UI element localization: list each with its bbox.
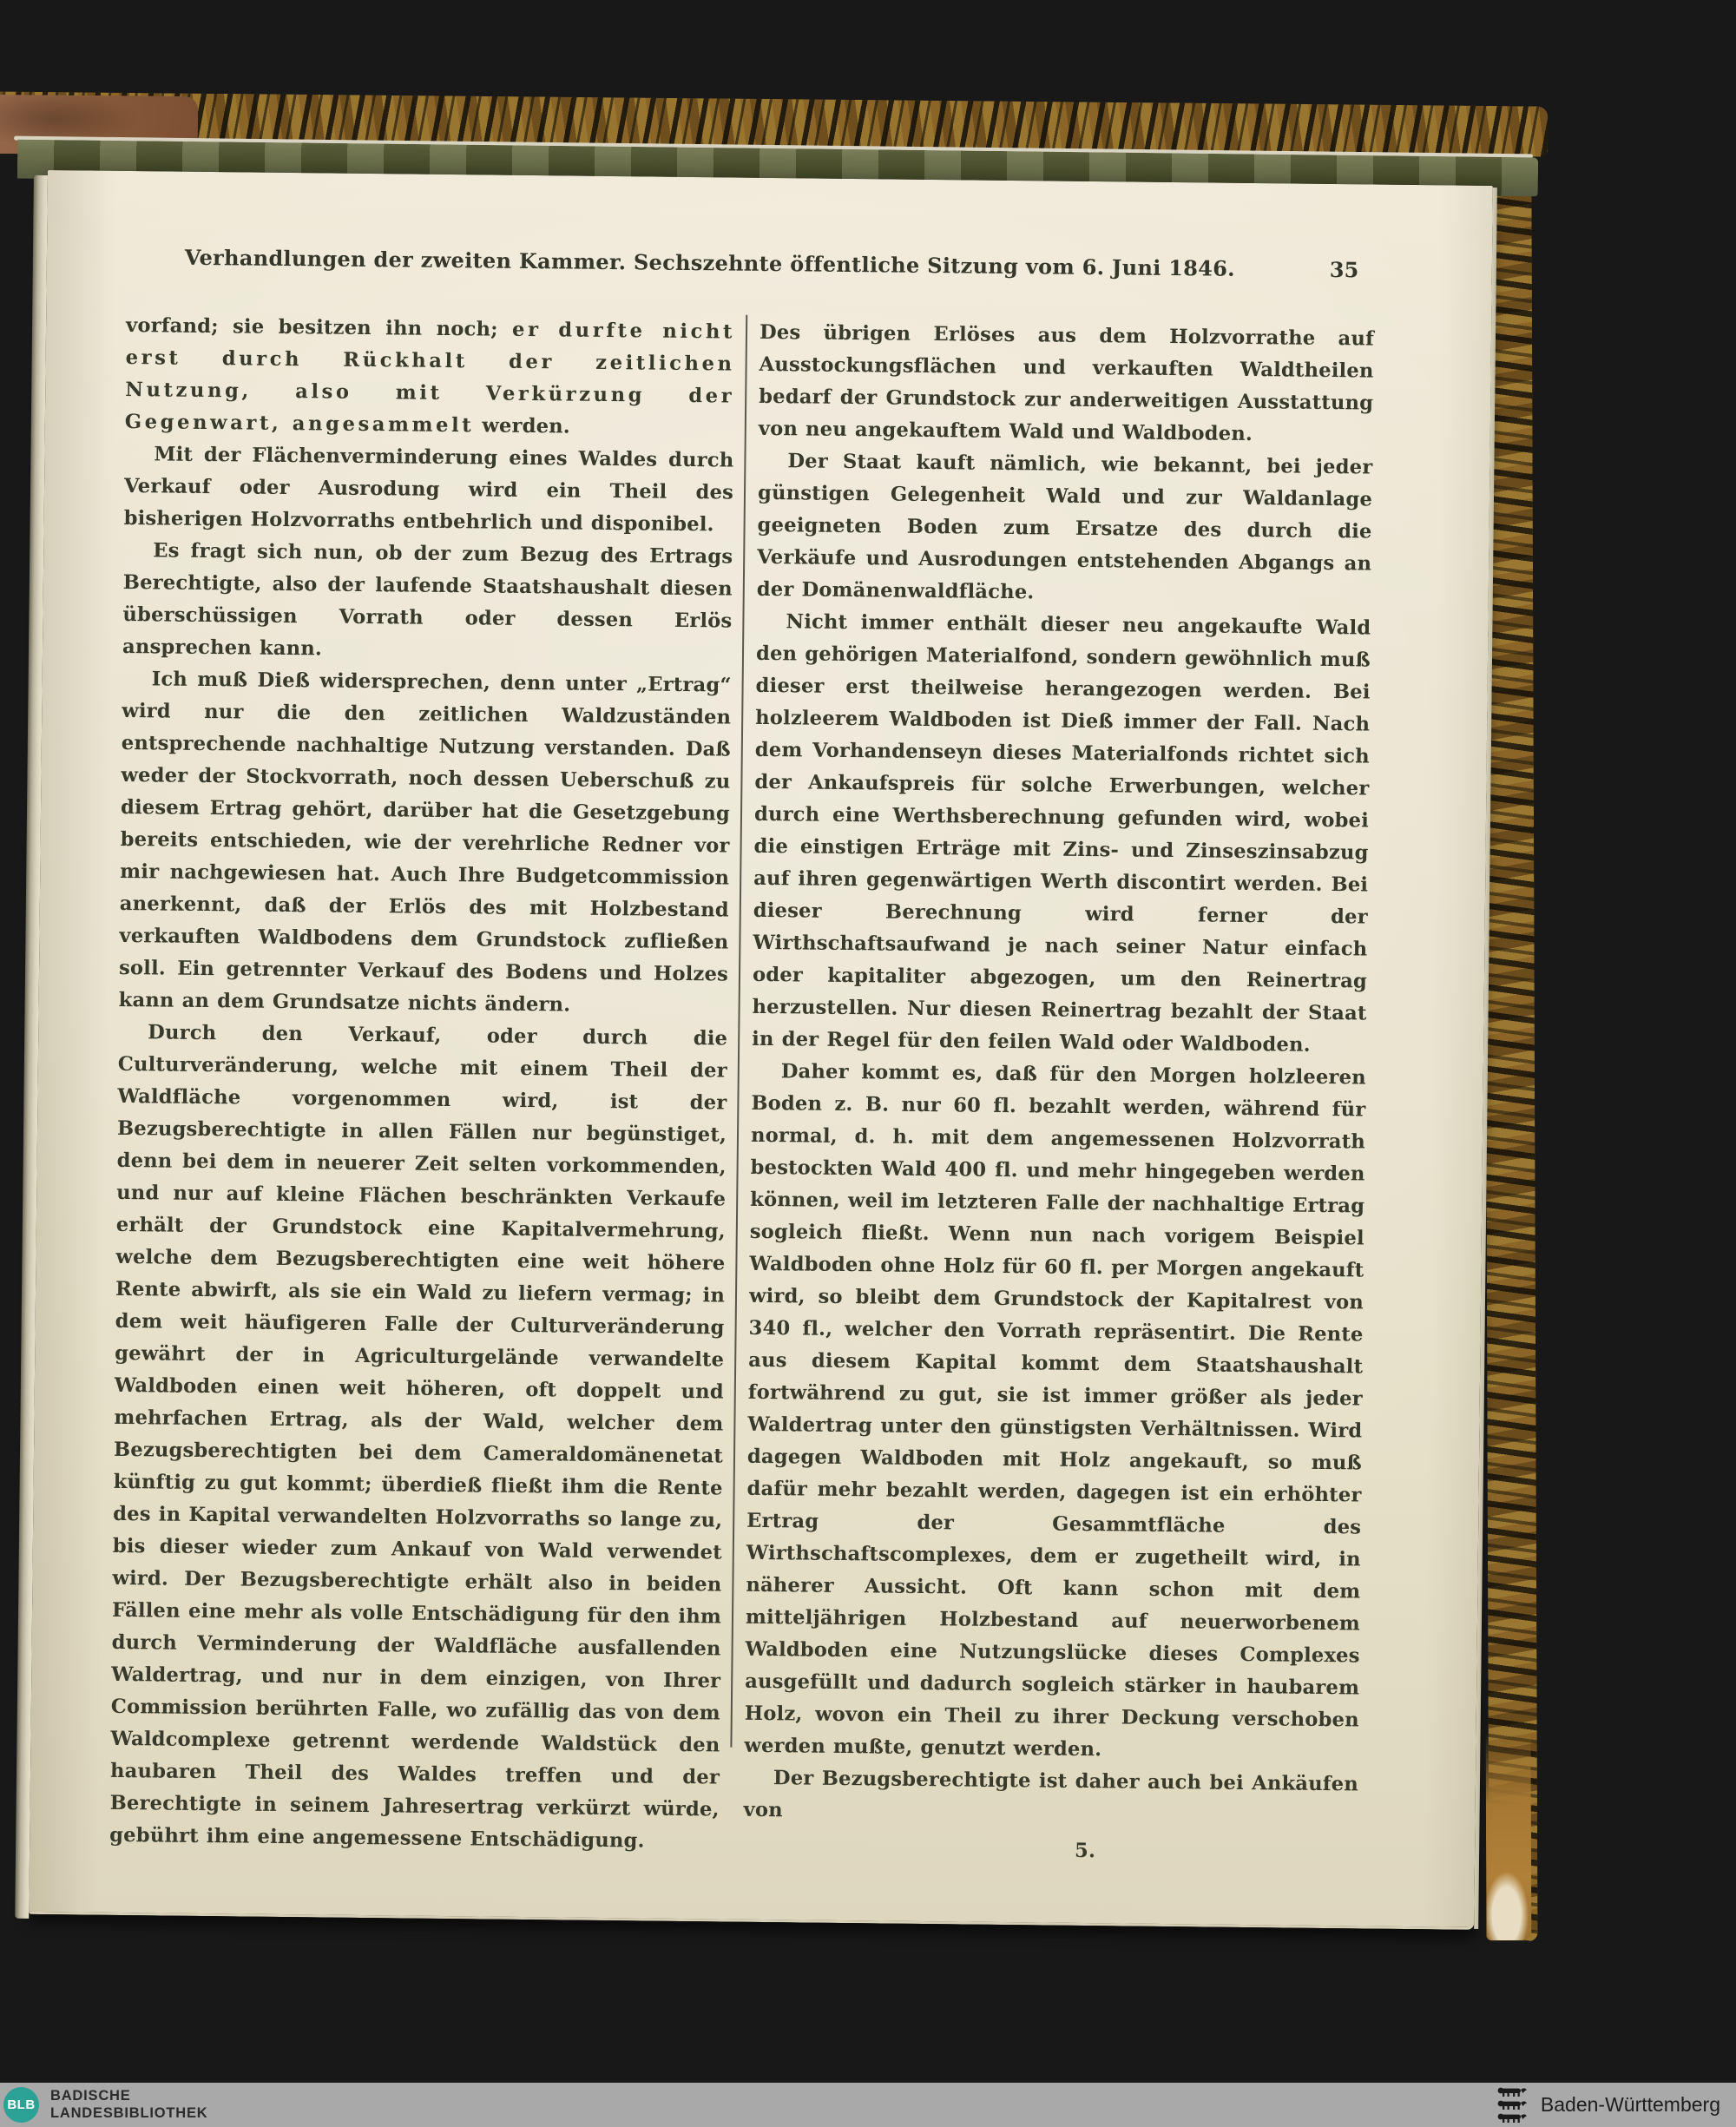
paragraph: Des übrigen Erlöses aus dem Holzvorrathe… [759,317,1375,452]
baden-wuerttemberg-coat-of-arms-icon [1496,2086,1530,2124]
library-name: BADISCHE LANDESBIBLIOTHEK [50,2088,207,2121]
blb-logo-icon: BLB [3,2087,39,2123]
paragraph: Nicht immer enthält dieser neu angekauft… [752,606,1371,1063]
paragraph: Durch den Verkauf, oder durch die Cultur… [109,1017,727,1859]
paragraph-text: vorfand; sie besitzen ihn noch; [126,314,512,341]
paragraph: Daher kommt es, daß für den Morgen holzl… [744,1056,1366,1769]
library-name-line1: BADISCHE [50,2088,207,2104]
left-text-column: vorfand; sie besitzen ihn noch; er durft… [109,310,735,1858]
running-head: Verhandlungen der zweiten Kammer. Sechsz… [123,244,1297,283]
book-page: Verhandlungen der zweiten Kammer. Sechsz… [29,170,1493,1930]
library-branding-bar: BLB BADISCHE LANDESBIBLIOTHEK [0,2083,1736,2127]
library-name-line2: LANDESBIBLIOTHEK [50,2105,207,2122]
state-brand: Baden-Württemberg [1496,2086,1720,2124]
signature-mark: 5. [1075,1835,1358,1871]
paragraph: Ich muß Dieß widersprechen, denn unter „… [118,663,731,1024]
state-name: Baden-Württemberg [1541,2093,1720,2117]
page-number: 35 [1330,257,1359,283]
scan-viewport: Verhandlungen der zweiten Kammer. Sechsz… [0,0,1736,2127]
paragraph: Mit der Flächenverminderung eines Waldes… [123,438,733,542]
paragraph: Der Staat kauft nämlich, wie bekannt, be… [757,445,1373,613]
right-text-column: Des übrigen Erlöses aus dem Holzvorrathe… [743,317,1374,1871]
blb-logo-text: BLB [7,2097,35,2112]
paragraph: vorfand; sie besitzen ihn noch; er durft… [125,310,736,445]
book-cover-worn-corner [1486,1732,1532,1940]
paragraph: Der Bezugsberechtigte ist daher auch bei… [743,1762,1358,1834]
paragraph-text: werden. [474,414,570,438]
paragraph: Es fragt sich nun, ob der zum Bezug des … [122,535,733,670]
blb-brand: BLB BADISCHE LANDESBIBLIOTHEK [3,2087,207,2123]
